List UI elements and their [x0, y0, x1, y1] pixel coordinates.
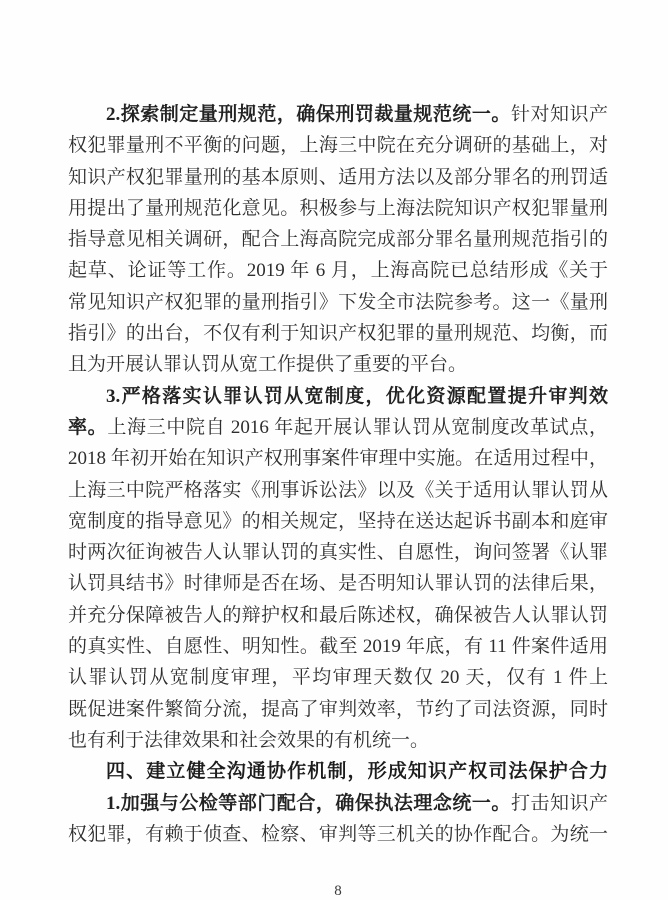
- text-line: 的真实性、自愿性、明知性。截至 2019 年底，有 11 件案件适用: [68, 631, 608, 662]
- text-segment: 的真实性、自愿性、明知性。截至 2019 年底，有 11 件案件适用: [68, 636, 608, 657]
- text-segment: 认罚具结书》时律师是否在场、是否明知认罪认罚的法律后果，: [68, 573, 608, 594]
- text-segment: 宽制度的指导意见》的相关规定，坚持在送达起诉书副本和庭审: [68, 511, 608, 532]
- text-line: 宽制度的指导意见》的相关规定，坚持在送达起诉书副本和庭审: [68, 506, 608, 537]
- emphasis-text-segment: 3.严格落实认罪认罚从宽制度，优化资源配置提升审判效: [106, 386, 608, 407]
- text-segment: 2018 年初开始在知识产权刑事案件审理中实施。在适用过程中，: [68, 448, 608, 469]
- text-line: 常见知识产权犯罪的量刑指引》下发全市法院参考。这一《量刑: [68, 287, 608, 318]
- text-segment: 上海三中院严格落实《刑事诉讼法》以及《关于适用认罪认罚从: [68, 480, 608, 501]
- text-segment: 用提出了量刑规范化意见。积极参与上海法院知识产权犯罪量刑: [68, 198, 608, 219]
- text-line: 3.严格落实认罪认罚从宽制度，优化资源配置提升审判效: [68, 381, 608, 412]
- text-line: 2018 年初开始在知识产权刑事案件审理中实施。在适用过程中，: [68, 443, 608, 474]
- text-segment: 针对知识产: [511, 104, 608, 125]
- emphasis-text-segment: 率。: [68, 417, 107, 438]
- text-segment: 上海三中院自 2016 年起开展认罪认罚从宽制度改革试点，: [107, 417, 608, 438]
- text-segment: 既促进案件繁简分流，提高了审判效率，节约了司法资源，同时: [68, 699, 608, 720]
- text-line: 起草、论证等工作。2019 年 6 月，上海高院已总结形成《关于: [68, 255, 608, 286]
- emphasis-text-segment: 2.探索制定量刑规范，确保刑罚裁量规范统一。: [106, 104, 511, 125]
- text-line: 权犯罪，有赖于侦查、检察、审判等三机关的协作配合。为统一: [68, 819, 608, 850]
- text-segment: 权犯罪，有赖于侦查、检察、审判等三机关的协作配合。为统一: [68, 824, 608, 845]
- text-line: 指导意见相关调研，配合上海高院完成部分罪名量刑规范指引的: [68, 224, 608, 255]
- text-line: 既促进案件繁简分流，提高了审判效率，节约了司法资源，同时: [68, 694, 608, 725]
- text-line: 1.加强与公检等部门配合，确保执法理念统一。打击知识产: [68, 788, 608, 819]
- document-page: 2.探索制定量刑规范，确保刑罚裁量规范统一。针对知识产权犯罪量刑不平衡的问题，上…: [0, 0, 668, 900]
- text-line: 且为开展认罪认罚从宽工作提供了重要的平台。: [68, 349, 608, 380]
- text-line: 也有利于法律效果和社会效果的有机统一。: [68, 725, 608, 756]
- text-line: 时两次征询被告人认罪认罚的真实性、自愿性，询问签署《认罪: [68, 537, 608, 568]
- text-segment: 也有利于法律效果和社会效果的有机统一。: [68, 730, 429, 751]
- text-segment: 指引》的出台，不仅有利于知识产权犯罪的量刑规范、均衡，而: [68, 323, 608, 344]
- text-segment: 时两次征询被告人认罪认罚的真实性、自愿性，询问签署《认罪: [68, 542, 608, 563]
- text-segment: 且为开展认罪认罚从宽工作提供了重要的平台。: [68, 354, 467, 375]
- text-line: 率。上海三中院自 2016 年起开展认罪认罚从宽制度改革试点，: [68, 412, 608, 443]
- text-segment: 并充分保障被告人的辩护权和最后陈述权，确保被告人认罪认罚: [68, 605, 608, 626]
- text-line: 权犯罪量刑不平衡的问题，上海三中院在充分调研的基础上，对: [68, 130, 608, 161]
- text-segment: 常见知识产权犯罪的量刑指引》下发全市法院参考。这一《量刑: [68, 292, 608, 313]
- text-line: 用提出了量刑规范化意见。积极参与上海法院知识产权犯罪量刑: [68, 193, 608, 224]
- text-segment: 认罪认罚从宽制度审理，平均审理天数仅 20 天，仅有 1 件上诉，: [68, 667, 608, 693]
- text-line: 认罚具结书》时律师是否在场、是否明知认罪认罚的法律后果，: [68, 568, 608, 599]
- text-line: 认罪认罚从宽制度审理，平均审理天数仅 20 天，仅有 1 件上诉，: [68, 662, 608, 693]
- emphasis-text-segment: 1.加强与公检等部门配合，确保执法理念统一。: [106, 793, 511, 814]
- text-segment: 起草、论证等工作。2019 年 6 月，上海高院已总结形成《关于: [68, 260, 608, 281]
- section-heading: 四、建立健全沟通协作机制，形成知识产权司法保护合力: [68, 756, 608, 787]
- text-segment: 指导意见相关调研，配合上海高院完成部分罪名量刑规范指引的: [68, 229, 608, 250]
- text-segment: 知识产权犯罪量刑的基本原则、适用方法以及部分罪名的刑罚适: [68, 167, 608, 188]
- text-line: 并充分保障被告人的辩护权和最后陈述权，确保被告人认罪认罚: [68, 600, 608, 631]
- text-segment: 打击知识产: [511, 793, 608, 814]
- text-line: 指引》的出台，不仅有利于知识产权犯罪的量刑规范、均衡，而: [68, 318, 608, 349]
- text-line: 上海三中院严格落实《刑事诉讼法》以及《关于适用认罪认罚从: [68, 475, 608, 506]
- emphasis-text-segment: 四、建立健全沟通协作机制，形成知识产权司法保护合力: [106, 761, 608, 782]
- text-line: 2.探索制定量刑规范，确保刑罚裁量规范统一。针对知识产: [68, 99, 608, 130]
- text-line: 知识产权犯罪量刑的基本原则、适用方法以及部分罪名的刑罚适: [68, 162, 608, 193]
- text-segment: 权犯罪量刑不平衡的问题，上海三中院在充分调研的基础上，对: [68, 135, 608, 156]
- page-number: 8: [68, 882, 608, 900]
- body-text: 2.探索制定量刑规范，确保刑罚裁量规范统一。针对知识产权犯罪量刑不平衡的问题，上…: [68, 99, 608, 850]
